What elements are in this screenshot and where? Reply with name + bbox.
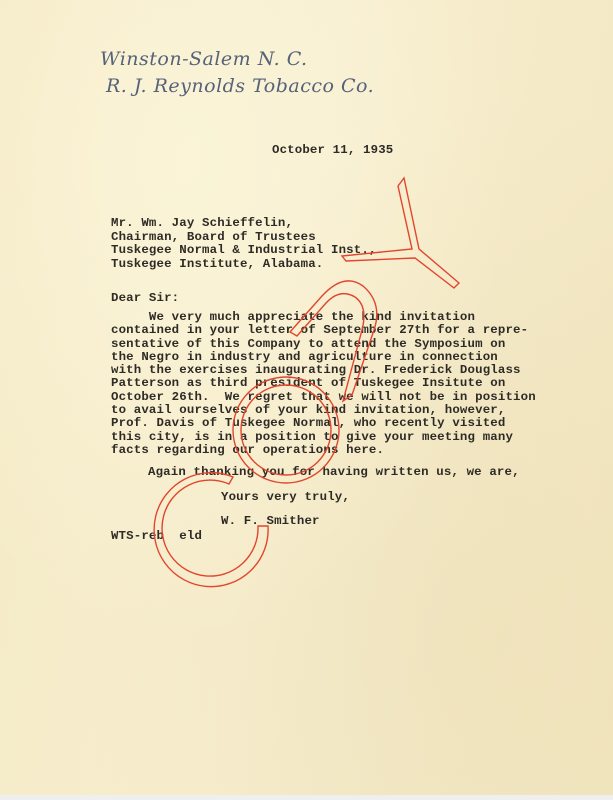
handwritten-line-company: R. J. Reynolds Tobacco Co. (100, 73, 374, 100)
body-line: sentative of this Company to attend the … (111, 338, 536, 351)
body-line: Prof. Davis of Tuskegee Normal, who rece… (111, 417, 536, 430)
body-line: the Negro in industry and agriculture in… (111, 351, 536, 364)
recipient-title: Chairman, Board of Trustees (111, 231, 377, 245)
body-line: October 26th. We regret that we will not… (111, 391, 536, 404)
recipient-location: Tuskegee Institute, Alabama. (111, 258, 377, 272)
recipient-name: Mr. Wm. Jay Schieffelin, (111, 217, 377, 231)
complimentary-close: Yours very truly, (221, 491, 350, 505)
recipient-institution: Tuskegee Normal & Industrial Inst., (111, 244, 377, 258)
letter-date: October 11, 1935 (272, 144, 393, 158)
handwritten-line-city: Winston-Salem N. C. (100, 46, 374, 73)
body-line: this city, is in a position to give your… (111, 431, 536, 444)
body-line: facts regarding our operations here. (111, 444, 536, 457)
handwritten-annotation: Winston-Salem N. C. R. J. Reynolds Tobac… (100, 46, 374, 100)
letter-page: Winston-Salem N. C. R. J. Reynolds Tobac… (0, 0, 613, 795)
body-line: Patterson as third president of Tuskegee… (111, 377, 536, 390)
recipient-address: Mr. Wm. Jay Schieffelin,Chairman, Board … (111, 217, 377, 271)
scan-bottom-margin (0, 795, 613, 800)
closing-sentence: Again thanking you for having written us… (148, 466, 520, 480)
salutation: Dear Sir: (111, 292, 179, 306)
body-line: with the exercises inaugurating Dr. Fred… (111, 364, 536, 377)
body-line: contained in your letter of September 27… (111, 324, 536, 337)
signature-name: W. F. Smither (221, 515, 320, 529)
body-line: We very much appreciate the kind invitat… (111, 311, 536, 324)
body-line: to avail ourselves of your kind invitati… (111, 404, 536, 417)
reference-initials: WTS-reb eld (111, 530, 202, 544)
letter-body: We very much appreciate the kind invitat… (111, 311, 536, 457)
